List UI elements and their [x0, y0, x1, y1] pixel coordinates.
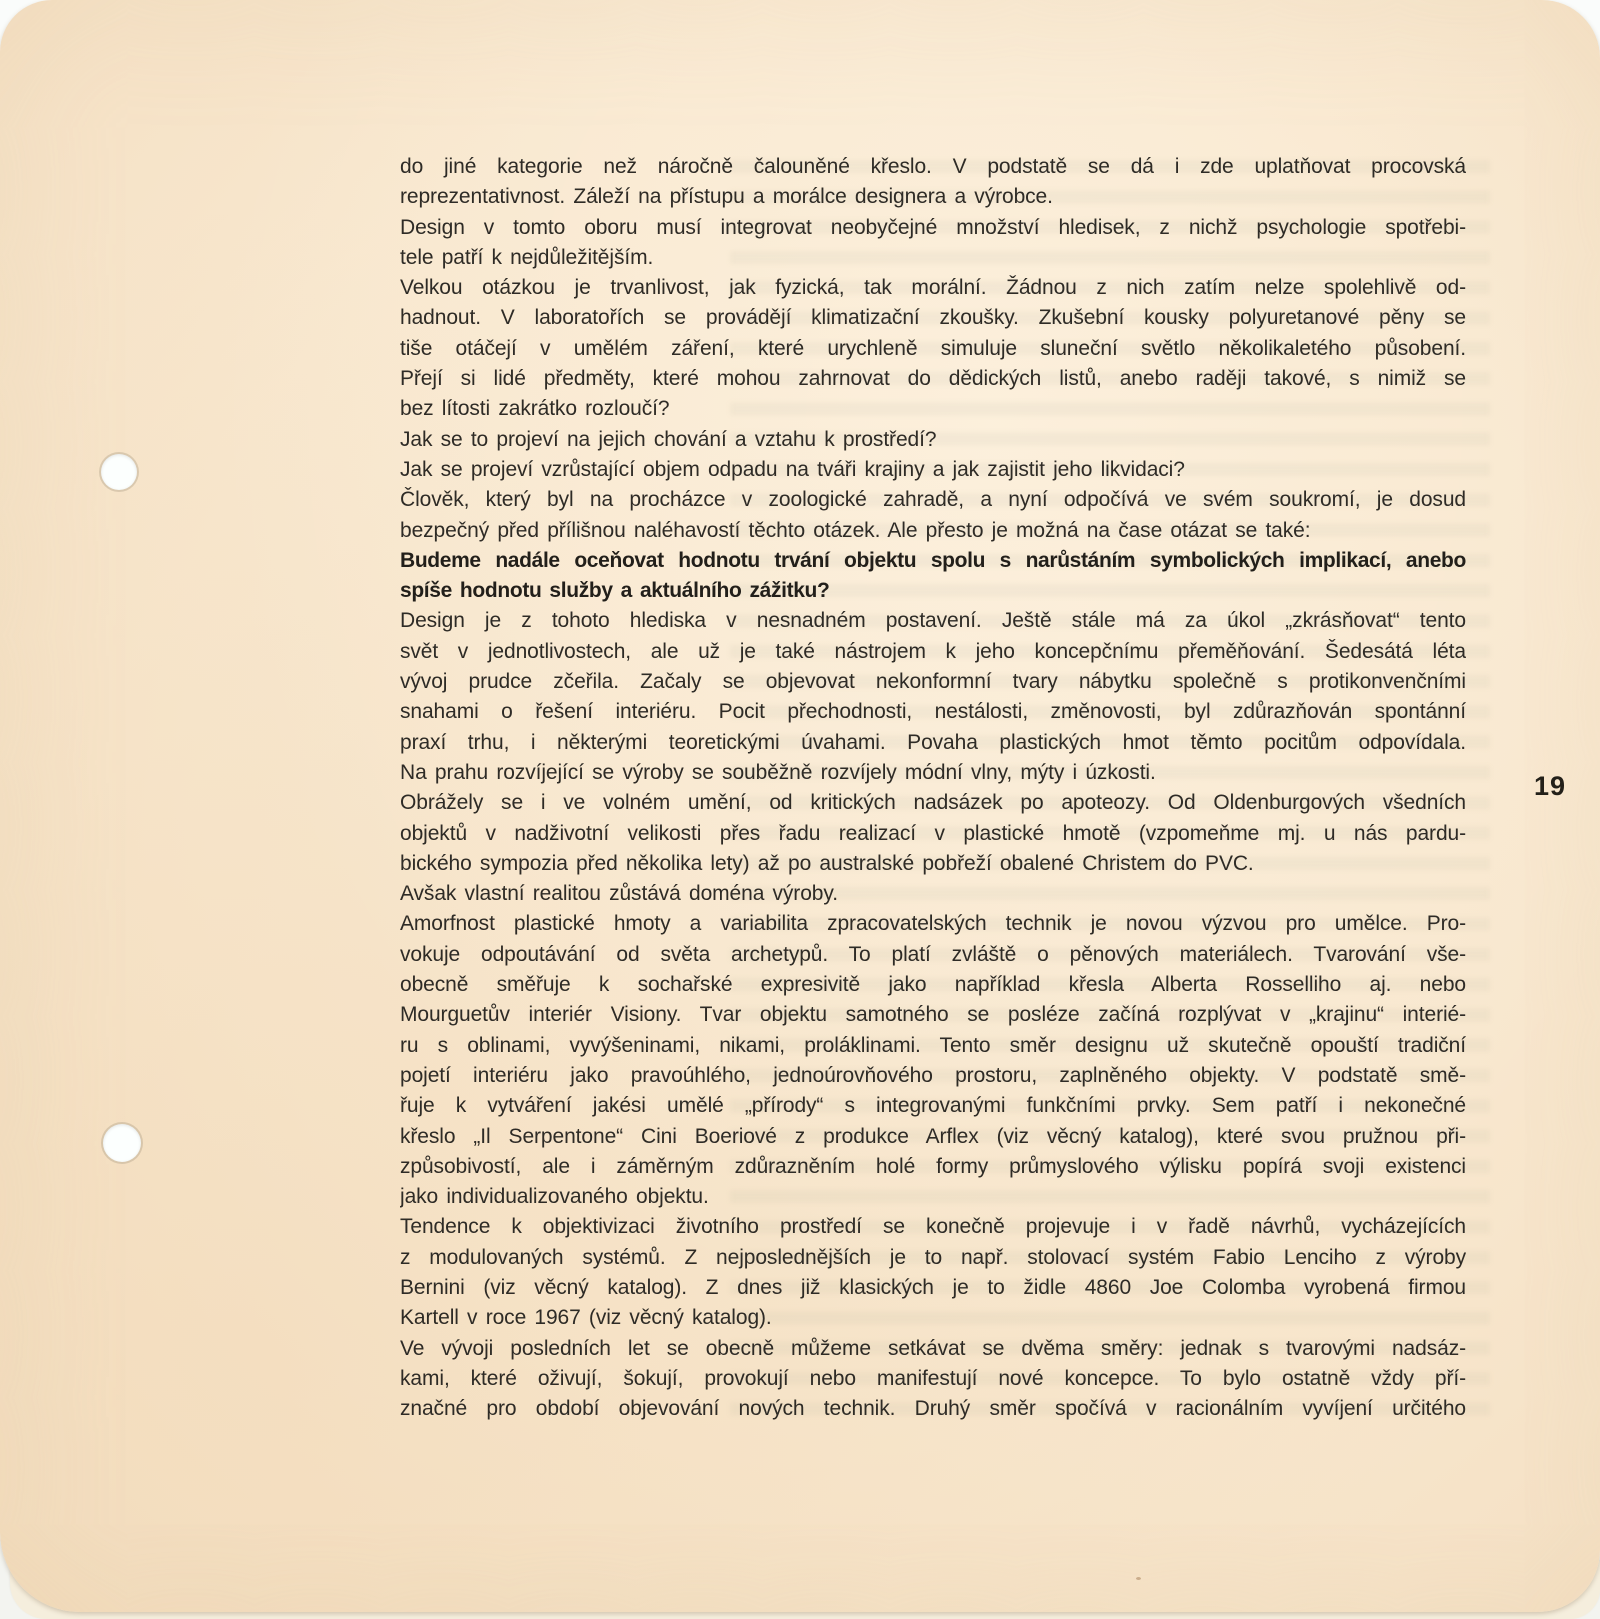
text-line: ru s oblinami, vyvýšeninami, nikami, pro…: [400, 1031, 1466, 1061]
text-line: Tendence k objektivizaci životního prost…: [400, 1212, 1466, 1242]
paper-speck: [1136, 1577, 1141, 1580]
text-line: svět v jednotlivostech, ale už je také n…: [400, 637, 1466, 667]
punch-hole-top: [101, 454, 137, 490]
text-line: tele patří k nejdůležitějším.: [400, 243, 1466, 273]
text-line: Jak se to projeví na jejich chování a vz…: [400, 425, 1466, 455]
page-sheet: do jiné kategorie než náročně čalouněné …: [0, 0, 1600, 1612]
text-line: hadnout. V laboratořích se provádějí kli…: [400, 303, 1466, 333]
text-block: do jiné kategorie než náročně čalouněné …: [400, 152, 1466, 1424]
text-line: vývoj prudce zčeřila. Začaly se objevova…: [400, 667, 1466, 697]
text-line: Amorfnost plastické hmoty a variabilita …: [400, 909, 1466, 939]
text-line: objektů v nadživotní velikosti přes řadu…: [400, 819, 1466, 849]
text-line: Design je z tohoto hlediska v nesnadném …: [400, 606, 1466, 636]
text-line: kami, které oživují, šokují, provokují n…: [400, 1364, 1466, 1394]
text-line: bez lítosti zakrátko rozloučí?: [400, 394, 1466, 424]
scanned-page-view: do jiné kategorie než náročně čalouněné …: [0, 0, 1600, 1619]
text-line: reprezentativnost. Záleží na přístupu a …: [400, 182, 1466, 212]
text-line: Obrážely se i ve volném umění, od kritic…: [400, 788, 1466, 818]
text-line-bold: Budeme nadále oceňovat hodnotu trvání ob…: [400, 546, 1466, 576]
text-line: Bernini (viz věcný katalog). Z dnes již …: [400, 1273, 1466, 1303]
text-line: Mourguetův interiér Visiony. Tvar objekt…: [400, 1000, 1466, 1030]
text-line: tiše otáčejí v umělém záření, které uryc…: [400, 334, 1466, 364]
text-line: značné pro období objevování nových tech…: [400, 1394, 1466, 1424]
text-line: Na prahu rozvíjející se výroby se souběž…: [400, 758, 1466, 788]
text-line: řuje k vytváření jakési umělé „přírody“ …: [400, 1091, 1466, 1121]
text-line: Jak se projeví vzrůstající objem odpadu …: [400, 455, 1466, 485]
text-line: Velkou otázkou je trvanlivost, jak fyzic…: [400, 273, 1466, 303]
text-line: pojetí interiéru jako pravoúhlého, jedno…: [400, 1061, 1466, 1091]
text-line: bického sympozia před několika lety) až …: [400, 849, 1466, 879]
text-line: jako individualizovaného objektu.: [400, 1182, 1466, 1212]
text-line-bold: spíše hodnotu služby a aktuálního zážitk…: [400, 576, 1466, 606]
text-line: obecně směřuje k sochařské expresivitě j…: [400, 970, 1466, 1000]
text-line: Člověk, který byl na procházce v zoologi…: [400, 485, 1466, 515]
page-number: 19: [1534, 771, 1566, 802]
text-line: z modulovaných systémů. Z nejposlednější…: [400, 1243, 1466, 1273]
text-line: vokuje odpoutávání od světa archetypů. T…: [400, 940, 1466, 970]
text-line: do jiné kategorie než náročně čalouněné …: [400, 152, 1466, 182]
text-line: Avšak vlastní realitou zůstává doména vý…: [400, 879, 1466, 909]
text-line: snahami o řešení interiéru. Pocit přecho…: [400, 697, 1466, 727]
text-line: Kartell v roce 1967 (viz věcný katalog).: [400, 1303, 1466, 1333]
punch-hole-bottom: [103, 1124, 141, 1162]
text-line: Design v tomto oboru musí integrovat neo…: [400, 213, 1466, 243]
text-line: Ve vývoji posledních let se obecně můžem…: [400, 1334, 1466, 1364]
text-line: způsobivostí, ale i záměrným zdůrazněním…: [400, 1152, 1466, 1182]
text-line: křeslo „Il Serpentone“ Cini Boeriové z p…: [400, 1122, 1466, 1152]
text-line: Přejí si lidé předměty, které mohou zahr…: [400, 364, 1466, 394]
text-line: praxí trhu, i některými teoretickými úva…: [400, 728, 1466, 758]
text-line: bezpečný před přílišnou naléhavostí těch…: [400, 516, 1466, 546]
